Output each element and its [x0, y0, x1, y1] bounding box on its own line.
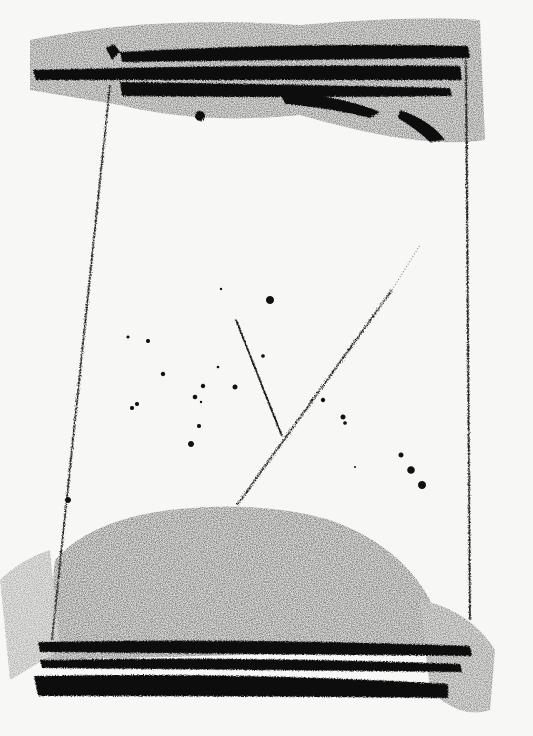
abstract-ink-artwork: [0, 0, 533, 736]
